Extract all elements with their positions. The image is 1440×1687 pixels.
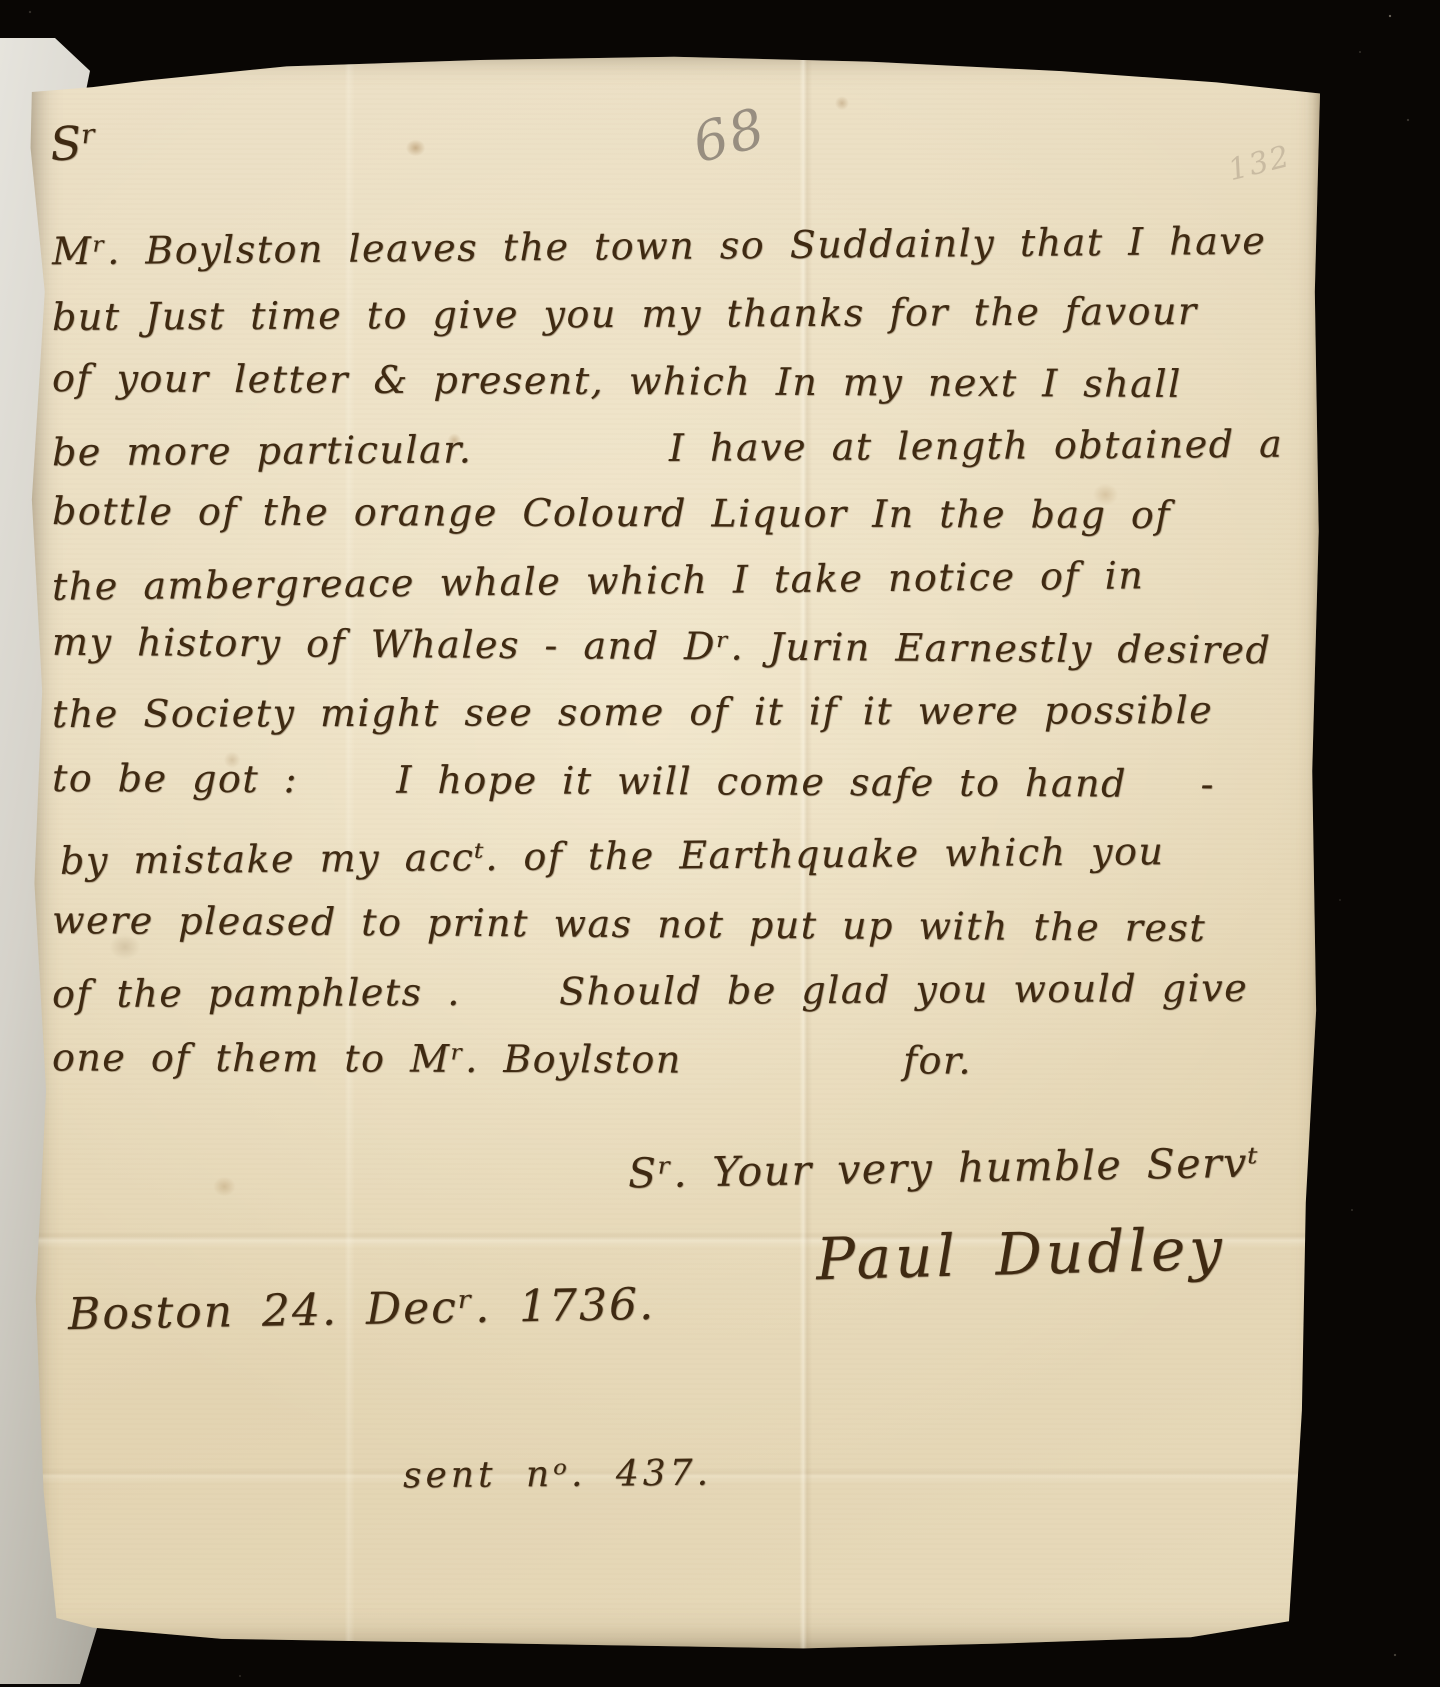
letter-body-line: but Just time to give you my thanks for … <box>52 292 1198 336</box>
salutation: Sʳ <box>48 114 99 171</box>
letter-body-line: of the pamphlets . Should be glad you wo… <box>52 969 1248 1013</box>
letter-body-line: my history of Whales - and Dʳ. Jurin Ear… <box>52 623 1272 670</box>
letter-body-line: to be got : I hope it will come safe to … <box>52 759 1215 803</box>
letter-body-line: of your letter & present, which In my ne… <box>52 359 1182 403</box>
folio-number-pencil: 68 <box>686 96 773 176</box>
letter-body-line: the ambergreace whale which I take notic… <box>52 556 1145 605</box>
letter-body-line: one of them to Mʳ. Boylston for. <box>52 1038 972 1079</box>
signature: Paul Dudley <box>815 1215 1227 1294</box>
letter-body-line: the Society might see some of it if it w… <box>52 691 1213 733</box>
letter-body-line: be more particular. I have at length obt… <box>52 425 1283 472</box>
letter-body-line: bottle of the orange Colourd Liquor In t… <box>52 492 1171 534</box>
manuscript-page: Sʳ 68 132 Mʳ. Boylston leaves the town s… <box>28 52 1320 1650</box>
closing-line: Sʳ. Your very humble Servᵗ <box>628 1138 1260 1197</box>
letter-body-line: were pleased to print was not put up wit… <box>52 901 1206 947</box>
docket-note: sent nᵒ. 437. <box>403 1453 712 1497</box>
letter-body-line: by mistake my accᵗ. of the Earthquake wh… <box>60 832 1165 880</box>
dateline: Boston 24. Decʳ. 1736. <box>68 1279 656 1340</box>
faint-page-number: 132 <box>1225 139 1295 188</box>
letter-body-line: Mʳ. Boylston leaves the town so Suddainl… <box>52 222 1267 271</box>
